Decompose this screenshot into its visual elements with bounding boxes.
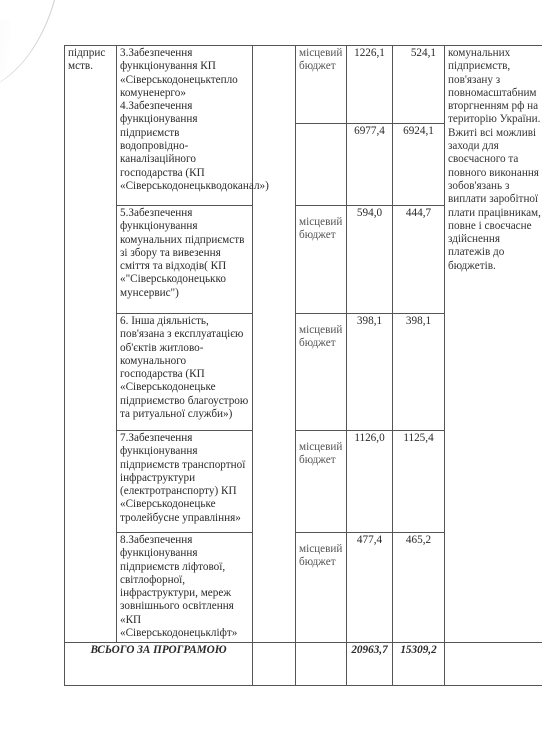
task-cell: 7.Забезпечення функціонування підприємст… — [117, 431, 253, 533]
actual-cell: 465,2 — [393, 533, 445, 643]
planned-cell: 6977,4 — [347, 124, 393, 206]
page-curl — [0, 0, 58, 107]
table-row: підприс мств. 3.Забезпечення функціонува… — [65, 46, 542, 124]
actual-cell: 6924,1 — [393, 124, 445, 206]
total-row: ВСЬОГО ЗА ПРОГРАМОЮ 20963,7 15309,2 — [65, 643, 542, 686]
planned-cell: 1226,1 — [347, 46, 393, 124]
planned-cell: 1126,0 — [347, 431, 393, 533]
enterprise-line-1: підприс — [68, 47, 113, 60]
source-cell: місцевий бюджет — [296, 431, 347, 533]
empty-cell — [253, 46, 296, 643]
source-cell — [296, 124, 347, 206]
actual-cell: 444,7 — [393, 206, 445, 314]
task-3: 3.Забезпечення функціонування КП «Сіверс… — [120, 47, 249, 100]
source-cell: місцевий бюджет — [296, 314, 347, 431]
task-cell: 8.Забезпечення функціонування підприємст… — [117, 533, 253, 643]
planned-cell: 398,1 — [347, 314, 393, 431]
planned-cell: 594,0 — [347, 206, 393, 314]
task-cell: 6. Інша діяльність, пов'язана з експлуат… — [117, 314, 253, 431]
task-cell: 3.Забезпечення функціонування КП «Сіверс… — [117, 46, 253, 206]
source-cell: місцевий бюджет — [296, 46, 347, 124]
total-label: ВСЬОГО ЗА ПРОГРАМОЮ — [65, 643, 253, 686]
empty-cell — [445, 643, 542, 686]
enterprise-cell: підприс мств. — [65, 46, 117, 643]
empty-cell — [296, 643, 347, 686]
enterprise-line-2: мств. — [68, 60, 113, 73]
actual-cell: 1125,4 — [393, 431, 445, 533]
task-cell: 5.Забезпечення функціонування комунальни… — [117, 206, 253, 314]
actual-cell: 524,1 — [393, 46, 445, 124]
planned-cell: 477,4 — [347, 533, 393, 643]
source-cell: місцевий бюджет — [296, 533, 347, 643]
empty-cell — [253, 643, 296, 686]
actual-cell: 398,1 — [393, 314, 445, 431]
source-cell: місцевий бюджет — [296, 206, 347, 314]
total-actual: 15309,2 — [393, 643, 445, 686]
notes-cell: комунальних підприємств, пов'язану з пов… — [445, 46, 542, 643]
program-table: підприс мств. 3.Забезпечення функціонува… — [64, 45, 542, 686]
total-planned: 20963,7 — [347, 643, 393, 686]
task-4: 4.Забезпечення функціонування підприємст… — [120, 100, 249, 193]
